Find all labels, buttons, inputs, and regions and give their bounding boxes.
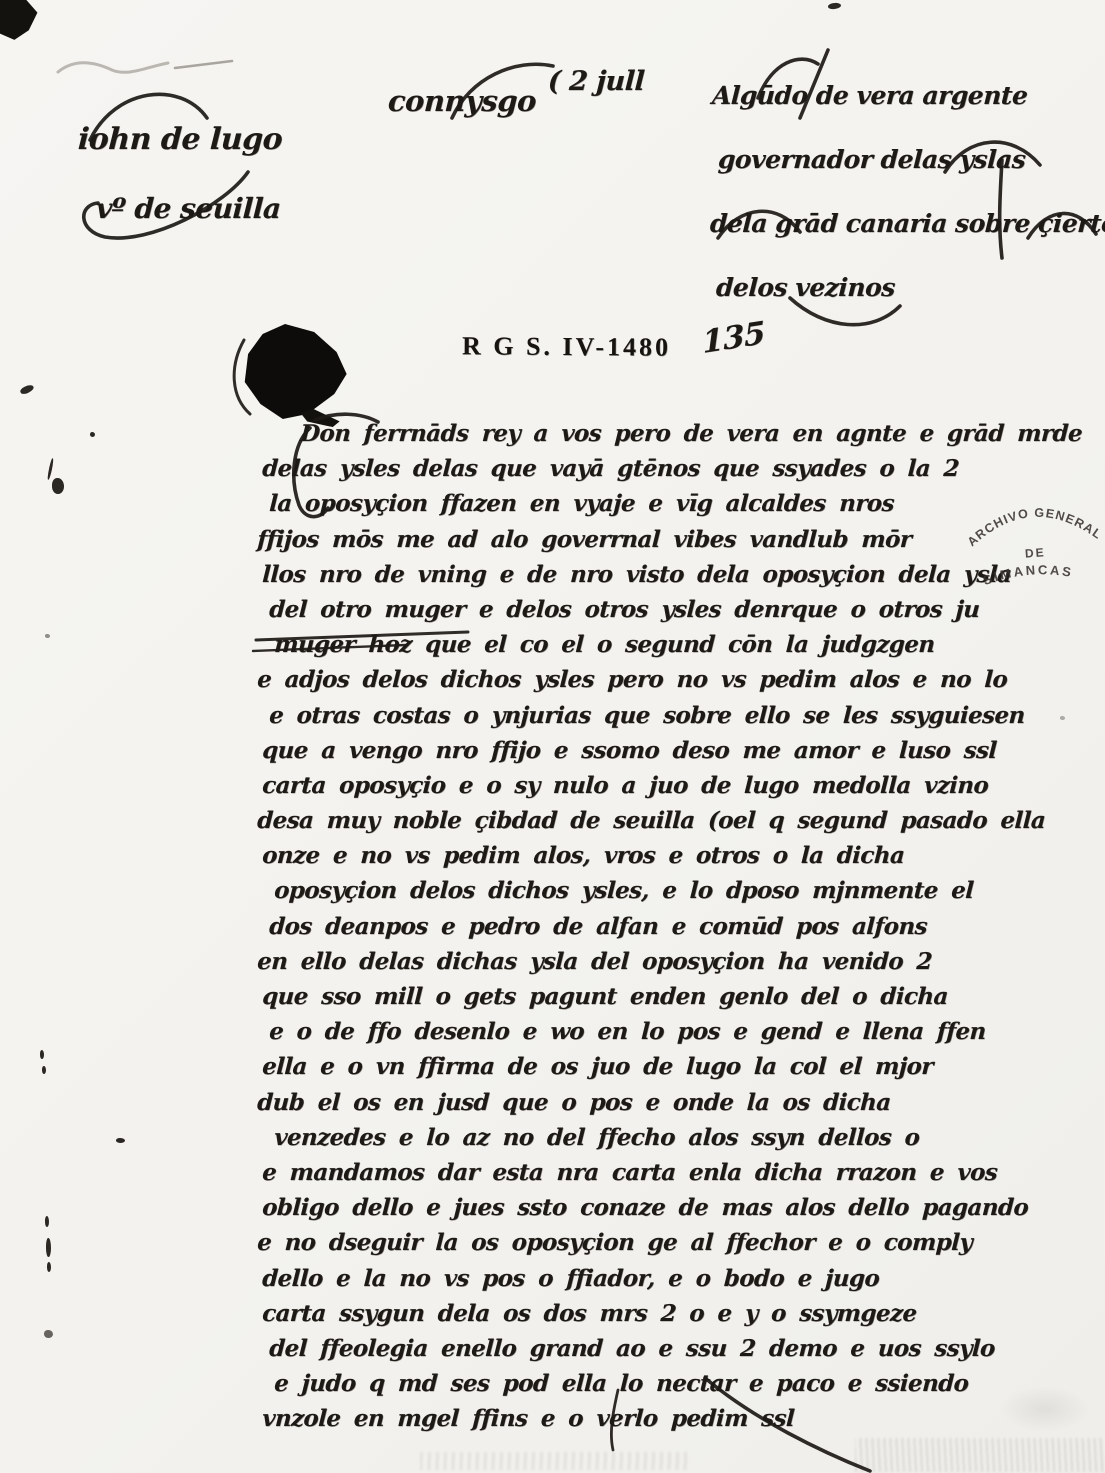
addressee-line: governador delas yslas [716,128,1093,192]
manuscript-line: e no dseguir la os oposyçion ge al ffech… [256,1229,983,1264]
ink-speck [116,1138,125,1143]
ink-speck [47,1262,51,1272]
manuscript-line: ella e o vn ffirma de os juo de lugo la … [261,1053,983,1088]
manuscript-line: obligo dello e jues ssto conaze de mas a… [261,1194,983,1229]
manuscript-line: ffijos mōs me ad alo goverrnal vibes van… [256,526,983,561]
manuscript-line: que a vengo nro ffijo e ssomo deso me am… [261,737,983,772]
manuscript-line: delas ysles delas que vayā gtēnos que ss… [261,455,983,490]
addressee-line: delos vezinos [714,256,1093,320]
manuscript-line: dos deanpos e pedro de alfan e comūd pos… [268,913,983,948]
ink-speck [45,1216,49,1227]
rgs-folio-number: 135 [701,315,765,361]
manuscript-line: oposyçion delos dichos ysles, e lo dposo… [273,877,983,912]
rgs-reference-stamp: R G S. IV-1480 [462,331,671,362]
pencil-scribble [58,63,168,73]
simancas-archive-stamp: ARCHIVO GENERAL DE SIMANCAS [961,485,1105,595]
docket-word: connysgo [387,84,537,118]
ink-drop-tail [47,458,55,480]
name-note-line1: iohn de lugo [77,122,283,157]
addressee-line: Algūdo de vera argente [710,64,1093,128]
manuscript-line: la oposyçion ffazen en vyaje e vīg alcal… [268,490,983,525]
corner-ink-smudge [0,0,48,42]
manuscript-line: dub el os en jusd que o pos e onde la os… [256,1089,983,1124]
manuscript-line: e o de ffo desenlo e wo en lo pos e gend… [268,1018,983,1053]
manuscript-body: Don ferrnāds rey a vos pero de vera en a… [262,420,982,1440]
stamp-middle-text: DE [1024,545,1046,560]
svg-text:SIMANCAS: SIMANCAS [980,560,1075,589]
scan-noise-band [420,1452,690,1470]
pencil-scribble [175,61,232,68]
manuscript-line: del ffeolegia enello grand ao e ssu 2 de… [268,1335,983,1370]
manuscript-line: e adjos delos dichos ysles pero no vs pe… [256,666,983,701]
manuscript-line: en ello delas dichas ysla del oposyçion … [256,948,983,983]
manuscript-line: carta ssygun dela os dos mrs 2 o e y o s… [261,1300,983,1335]
ink-speck [40,1050,44,1059]
manuscript-line: Don ferrnāds rey a vos pero de vera en a… [261,420,983,455]
manuscript-page: iohn de lugo vº de seuilla connysgo ( 2 … [0,0,1105,1473]
manuscript-line: muger hoz que el co el o segund cōn la j… [273,631,983,666]
scan-noise-blob [985,1378,1105,1440]
ink-speck [42,1066,46,1074]
ink-speck [1060,716,1065,720]
manuscript-line: e otras costas o ynjurias que sobre ello… [268,702,983,737]
manuscript-line: del otro muger e delos otros ysles denrq… [268,596,983,631]
manuscript-line: onze e no vs pedim alos, vros e otros o … [261,842,983,877]
manuscript-line: desa muy noble çibdad de seuilla (oel q … [256,807,983,842]
manuscript-line: carta oposyçio e o sy nulo a juo de lugo… [261,772,983,807]
svg-text:ARCHIVO GENERAL: ARCHIVO GENERAL [963,501,1105,551]
addressee-line: dela grād canaria sobre çiertos [708,192,1093,256]
stamp-arc-text: ARCHIVO GENERAL [963,501,1105,551]
manuscript-line: venzedes e lo az no del ffecho alos ssyn… [273,1124,983,1159]
addressee-note: Algūdo de vera argente governador delas … [712,64,1092,320]
ink-speck [19,383,35,395]
ink-blot [238,322,350,422]
ink-drop [52,478,64,494]
scan-noise-band [855,1438,1105,1472]
ink-speck [90,432,95,437]
name-note-line2: vº de seuilla [95,192,281,225]
ink-speck [44,1330,53,1338]
manuscript-line: e mandamos dar esta nra carta enla dicha… [261,1159,983,1194]
stamp-bottom-text: SIMANCAS [980,560,1075,589]
manuscript-line: llos nro de vning e de nro visto dela op… [261,561,983,596]
manuscript-line: dello e la no vs pos o ffiador, e o bodo… [261,1265,983,1300]
manuscript-line: vnzole en mgel ffins e o verlo pedim ssl [261,1405,983,1440]
manuscript-line: que sso mill o gets pagunt enden genlo d… [261,983,983,1018]
ink-speck [46,1238,51,1257]
manuscript-line: e judo q md ses pod ella lo nectar e pac… [273,1370,983,1405]
docket-date: ( 2 jull [547,66,645,97]
ink-speck [828,2,842,10]
ink-speck [45,634,50,638]
